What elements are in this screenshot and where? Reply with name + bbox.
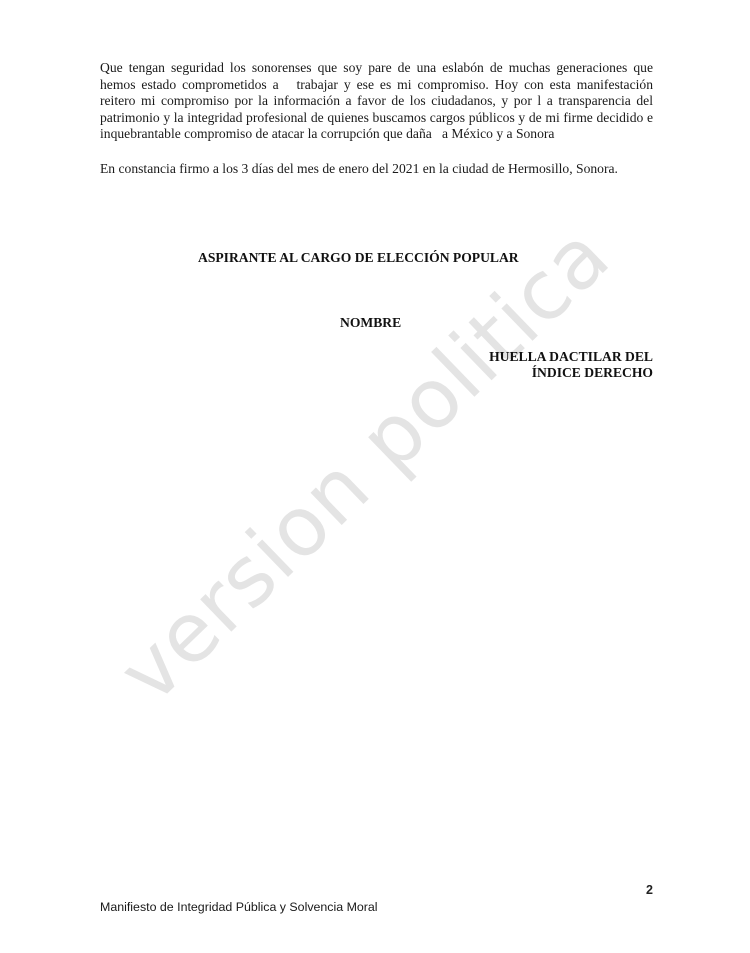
commitment-paragraph: Que tengan seguridad los sonorenses que … xyxy=(100,60,653,143)
nombre-label: NOMBRE xyxy=(340,315,401,331)
document-body: Que tengan seguridad los sonorenses que … xyxy=(100,60,653,177)
page-footer: Manifiesto de Integridad Pública y Solve… xyxy=(100,900,378,914)
document-page: version politica Que tengan seguridad lo… xyxy=(0,0,750,953)
fingerprint-label-line2: ÍNDICE DERECHO xyxy=(489,365,653,381)
aspirante-heading: ASPIRANTE AL CARGO DE ELECCIÓN POPULAR xyxy=(198,250,519,266)
watermark-text: version politica xyxy=(106,213,624,717)
page-number: 2 xyxy=(646,883,653,897)
signature-date-paragraph: En constancia firmo a los 3 días del mes… xyxy=(100,161,653,178)
fingerprint-label: HUELLA DACTILAR DEL ÍNDICE DERECHO xyxy=(489,349,653,381)
fingerprint-label-line1: HUELLA DACTILAR DEL xyxy=(489,349,653,365)
